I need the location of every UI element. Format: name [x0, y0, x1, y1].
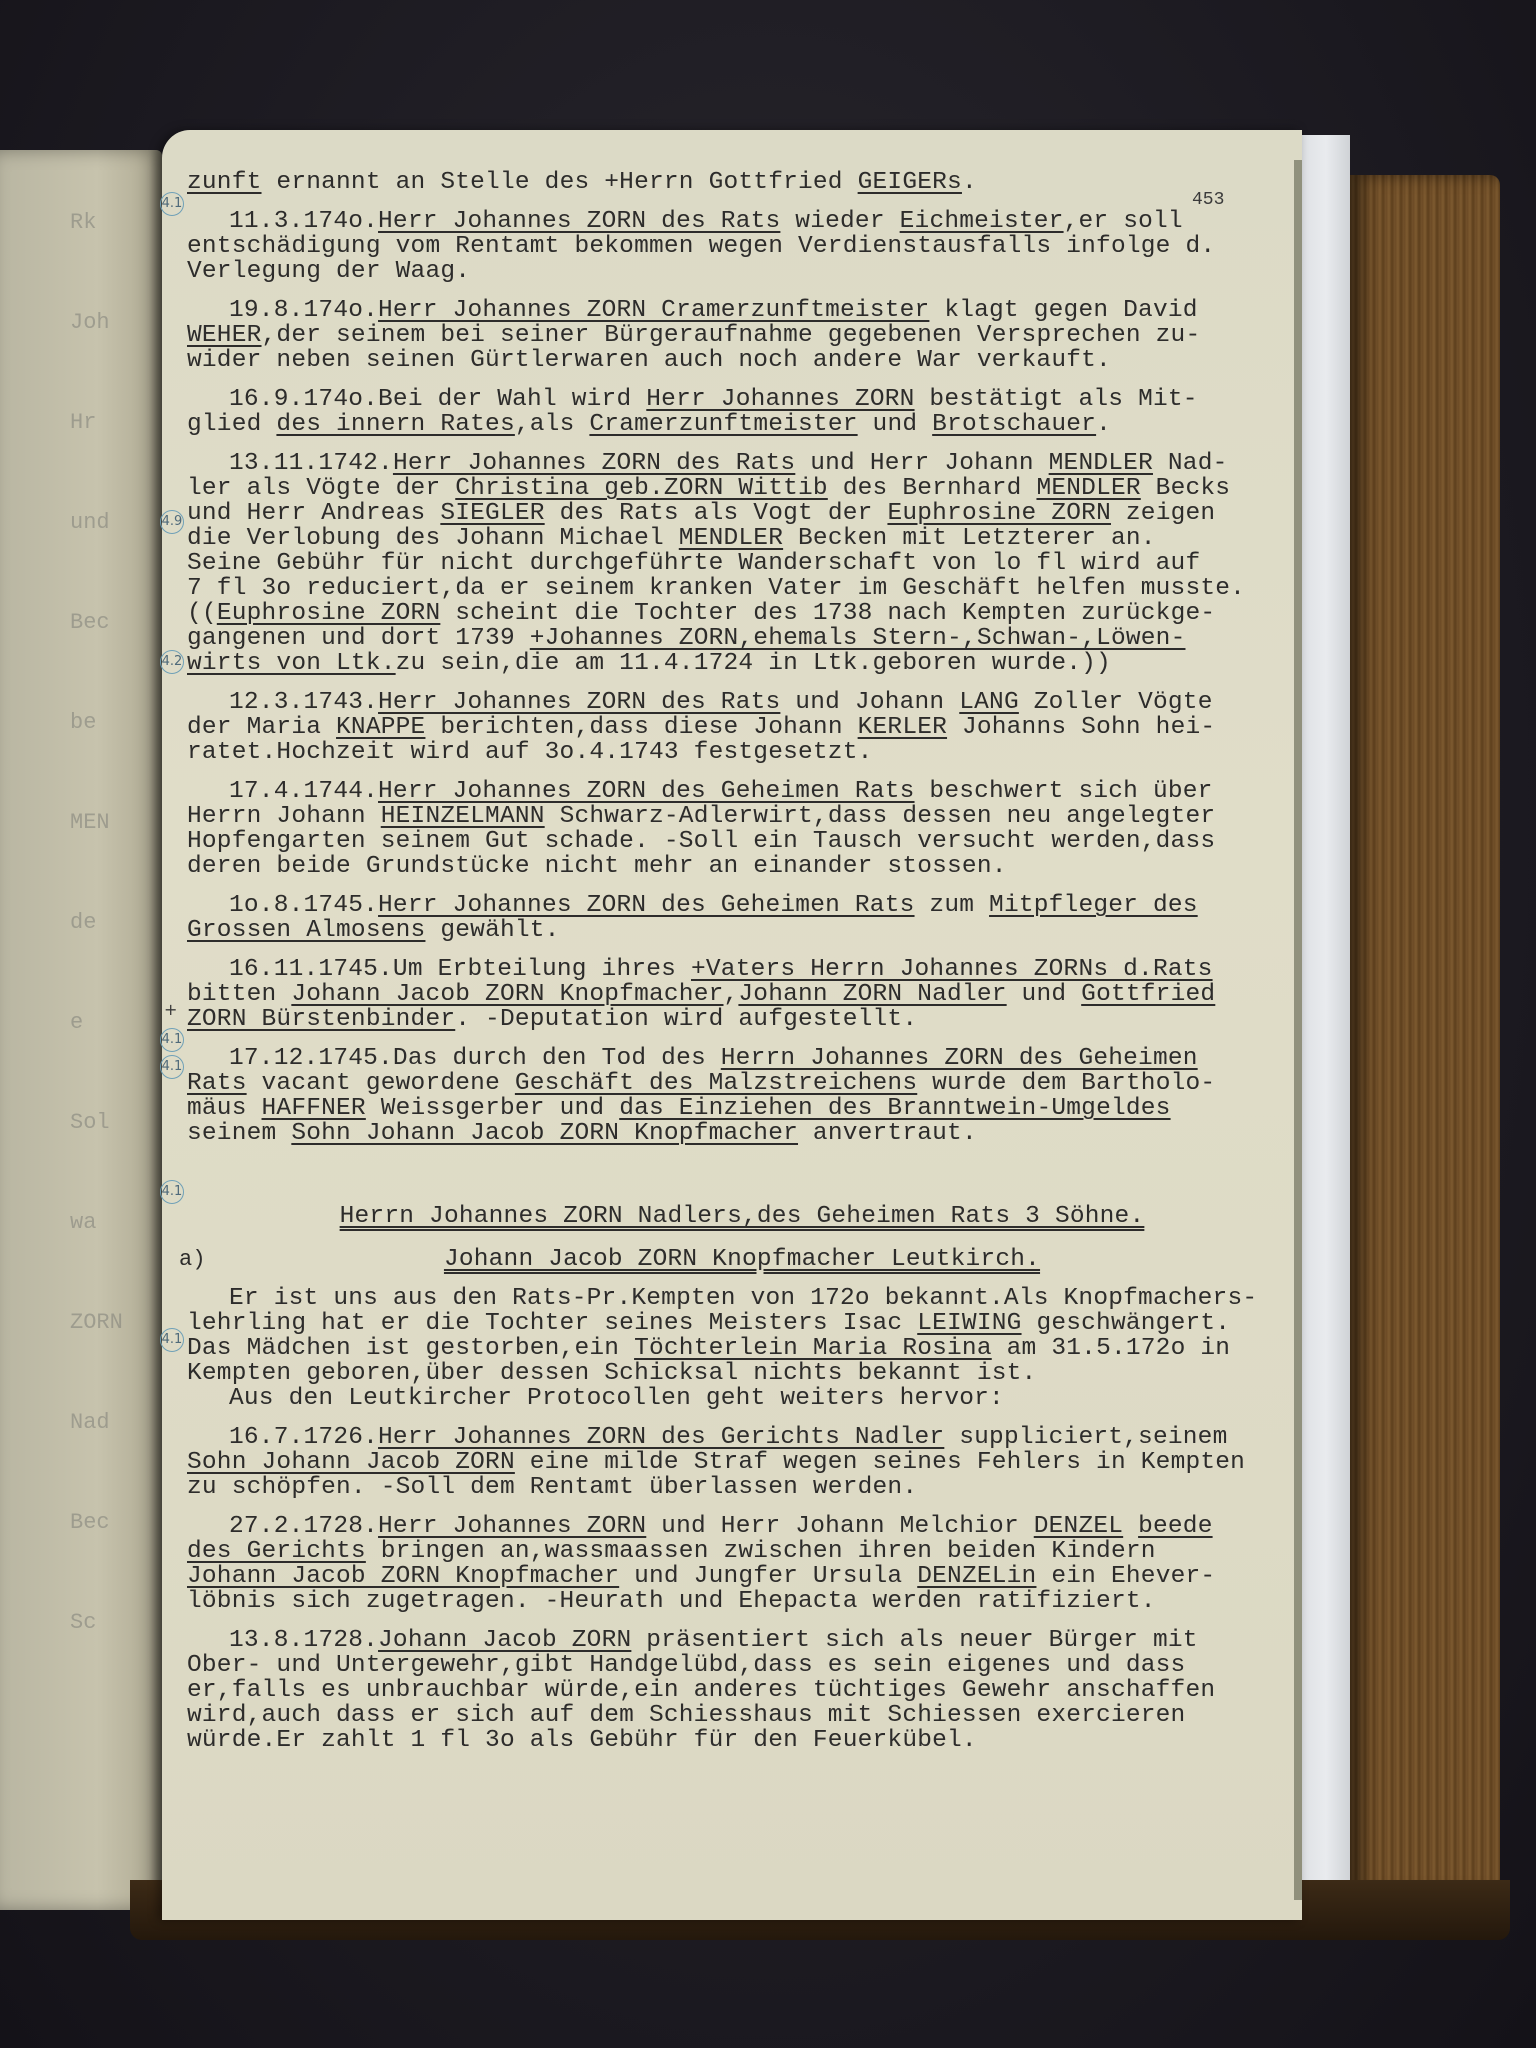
- text-run: präsentiert sich als neuer Bürger mit: [631, 1627, 1197, 1654]
- text-run: mäus: [187, 1095, 262, 1122]
- text-line: 16.9.174o.Bei der Wahl wird Herr Johanne…: [187, 387, 1297, 412]
- underlined-text: Sohn Johann Jacob ZORN Knopfmacher: [291, 1120, 798, 1147]
- left-page-fragment: be: [70, 710, 96, 736]
- text-run: Johanns Sohn hei-: [947, 714, 1215, 741]
- text-run: anvertraut.: [798, 1120, 977, 1147]
- protocol-entry: 16.11.1745.Um Erbteilung ihres +Vaters H…: [187, 957, 1297, 1032]
- text-line: Ober- und Untergewehr,gibt Handgelübd,da…: [187, 1653, 1297, 1678]
- text-run: und Herr Johann Melchior: [646, 1513, 1033, 1540]
- text-run: ,er soll: [1064, 208, 1183, 235]
- underlined-text: das Einziehen des Branntwein-Umgeldes: [619, 1095, 1170, 1122]
- left-page-fragment: und: [70, 510, 110, 536]
- text-run: Seine Gebühr für nicht durchgeführte Wan…: [187, 550, 1200, 577]
- document-body: zunft ernannt an Stelle des +Herrn Gottf…: [187, 170, 1297, 1767]
- text-run: Nad-: [1153, 450, 1228, 477]
- left-page-fragment: Nad: [70, 1410, 110, 1436]
- protocol-entry: 13.8.1728.Johann Jacob ZORN präsentiert …: [187, 1628, 1297, 1753]
- text-line: Herrn Johann HEINZELMANN Schwarz-Adlerwi…: [187, 804, 1297, 829]
- text-line: WEHER,der seinem bei seiner Bürgeraufnah…: [187, 323, 1297, 348]
- underlined-text: Herr Johannes ZORN des Rats: [378, 208, 780, 235]
- protocol-entry: zunft ernannt an Stelle des +Herrn Gottf…: [187, 170, 1297, 195]
- underlined-text: GEIGERs: [858, 169, 962, 196]
- text-run: am 31.5.172o in: [992, 1335, 1230, 1362]
- left-page-fragment: ZORN: [70, 1310, 123, 1336]
- text-run: [1123, 1513, 1138, 1540]
- underlined-text: des Gerichts: [187, 1538, 366, 1565]
- text-run: ,als: [515, 411, 590, 438]
- left-page-fragment: Bec: [70, 610, 110, 636]
- protocol-entry: 16.9.174o.Bei der Wahl wird Herr Johanne…: [187, 387, 1297, 437]
- underlined-text: Cramerzunftmeister: [589, 411, 857, 438]
- protocol-entry: 27.2.1728.Herr Johannes ZORN und Herr Jo…: [187, 1514, 1297, 1614]
- text-run: scheint die Tochter des 1738 nach Kempte…: [440, 600, 1215, 627]
- text-run: Das Mädchen ist gestorben,ein: [187, 1335, 634, 1362]
- text-run: 13.11.1742.: [229, 450, 393, 477]
- text-run: er,falls es unbrauchbar würde,ein andere…: [187, 1677, 1215, 1704]
- margin-mark: 4.1: [160, 1055, 184, 1079]
- text-run: und: [1007, 981, 1082, 1008]
- text-run: Weissgerber und: [366, 1095, 619, 1122]
- text-run: Becken mit Letzterer an.: [783, 525, 1156, 552]
- underlined-text: zunft: [187, 169, 262, 196]
- text-run: geschwängert.: [1022, 1310, 1231, 1337]
- left-page-fragment: Sc: [70, 1610, 96, 1636]
- text-run: Verlegung der Waag.: [187, 258, 470, 285]
- text-run: würde.Er zahlt 1 fl 3o als Gebühr für de…: [187, 1727, 977, 1754]
- text-line: 7 fl 3o reduciert,da er seinem kranken V…: [187, 576, 1297, 601]
- text-line: glied des innern Rates,als Cramerzunftme…: [187, 412, 1297, 437]
- text-run: 16.9.174o.Bei der Wahl wird: [229, 386, 646, 413]
- text-line: lehrling hat er die Tochter seines Meist…: [187, 1311, 1297, 1336]
- protocol-entry: 17.12.1745.Das durch den Tod des Herrn J…: [187, 1046, 1297, 1146]
- text-line: entschädigung vom Rentamt bekommen wegen…: [187, 234, 1297, 259]
- text-run: deren beide Grundstücke nicht mehr an ei…: [187, 853, 1007, 880]
- text-line: gangenen und dort 1739 +Johannes ZORN,eh…: [187, 626, 1297, 651]
- protocol-entry: 16.7.1726.Herr Johannes ZORN des Gericht…: [187, 1425, 1297, 1500]
- underlined-text: LEIWING: [917, 1310, 1021, 1337]
- left-page-fragment: wa: [70, 1210, 96, 1236]
- underlined-text: Brotschauer: [932, 411, 1096, 438]
- text-run: 12.3.1743.: [229, 689, 378, 716]
- underlined-text: Johann ZORN Nadler: [738, 981, 1006, 1008]
- protocol-entry: 11.3.174o.Herr Johannes ZORN des Rats wi…: [187, 209, 1297, 284]
- text-run: eine milde Straf wegen seines Fehlers in…: [515, 1449, 1245, 1476]
- text-run: ein Ehever-: [1036, 1563, 1215, 1590]
- text-line: 19.8.174o.Herr Johannes ZORN Cramerzunft…: [187, 298, 1297, 323]
- protocol-entry: 13.11.1742.Herr Johannes ZORN des Rats u…: [187, 451, 1297, 676]
- margin-mark: 4.1: [160, 192, 184, 216]
- text-run: glied: [187, 411, 276, 438]
- underlined-text: WEHER: [187, 322, 262, 349]
- text-line: mäus HAFFNER Weissgerber und das Einzieh…: [187, 1096, 1297, 1121]
- left-page-fragment: Bec: [70, 1510, 110, 1536]
- text-run: entschädigung vom Rentamt bekommen wegen…: [187, 233, 1215, 260]
- underlined-text: Euphrosine ZORN: [887, 500, 1111, 527]
- text-run: 17.12.1745.Das durch den Tod des: [229, 1045, 721, 1072]
- text-line: und Herr Andreas SIEGLER des Rats als Vo…: [187, 501, 1297, 526]
- underlined-text: des innern Rates: [276, 411, 514, 438]
- underlined-text: Herr Johannes ZORN des Gerichts Nadler: [378, 1424, 944, 1451]
- underlined-text: Herrn Johannes ZORN des Geheimen: [721, 1045, 1198, 1072]
- text-run: lehrling hat er die Tochter seines Meist…: [187, 1310, 917, 1337]
- text-line: 17.4.1744.Herr Johannes ZORN des Geheime…: [187, 779, 1297, 804]
- underlined-text: Herr Johannes ZORN: [378, 1513, 646, 1540]
- text-run: 13.8.1728.: [229, 1627, 378, 1654]
- underlined-text: MENDLER: [679, 525, 783, 552]
- text-run: vacant gewordene: [247, 1070, 515, 1097]
- entries-section-1: zunft ernannt an Stelle des +Herrn Gottf…: [187, 170, 1297, 1146]
- underlined-text: Euphrosine ZORN: [217, 600, 441, 627]
- text-line: zu schöpfen. -Soll dem Rentamt überlasse…: [187, 1475, 1297, 1500]
- protocol-entry: 12.3.1743.Herr Johannes ZORN des Rats un…: [187, 690, 1297, 765]
- text-line: 13.11.1742.Herr Johannes ZORN des Rats u…: [187, 451, 1297, 476]
- underlined-text: MENDLER: [1049, 450, 1153, 477]
- text-line: Johann Jacob ZORN Knopfmacher und Jungfe…: [187, 1564, 1297, 1589]
- text-line: zunft ernannt an Stelle des +Herrn Gottf…: [187, 170, 1297, 195]
- text-run: Kempten geboren,über dessen Schicksal ni…: [187, 1360, 1036, 1387]
- subsection-intro: Er ist uns aus den Rats-Pr.Kempten von 1…: [187, 1286, 1297, 1411]
- text-line: 16.11.1745.Um Erbteilung ihres +Vaters H…: [187, 957, 1297, 982]
- underlined-text: +Johannes ZORN,ehemals Stern-,Schwan-,Lö…: [530, 625, 1186, 652]
- text-line: wird,auch dass er sich auf dem Schiessha…: [187, 1703, 1297, 1728]
- text-run: wurde dem Bartholo-: [917, 1070, 1215, 1097]
- text-run: ratet.Hochzeit wird auf 3o.4.1743 festge…: [187, 739, 873, 766]
- text-line: Er ist uns aus den Rats-Pr.Kempten von 1…: [187, 1286, 1297, 1311]
- text-run: bringen an,wassmaassen zwischen ihren be…: [366, 1538, 1156, 1565]
- left-page-fragment: MEN: [70, 810, 110, 836]
- text-line: löbnis sich zugetragen. -Heurath und Ehe…: [187, 1589, 1297, 1614]
- left-page-fragment: Sol: [70, 1110, 110, 1136]
- text-line: 27.2.1728.Herr Johannes ZORN und Herr Jo…: [187, 1514, 1297, 1539]
- protocol-entry: 1o.8.1745.Herr Johannes ZORN des Geheime…: [187, 893, 1297, 943]
- text-run: berichten,dass diese Johann: [425, 714, 857, 741]
- text-line: wider neben seinen Gürtlerwaren auch noc…: [187, 348, 1297, 373]
- text-run: des Rats als Vogt der: [545, 500, 888, 527]
- margin-mark: 4.2: [160, 650, 184, 674]
- text-run: Hopfengarten seinem Gut schade. -Soll ei…: [187, 828, 1215, 855]
- text-run: Herrn Johann: [187, 803, 381, 830]
- text-run: .: [1096, 411, 1111, 438]
- text-run: Becks: [1141, 475, 1230, 502]
- text-run: 27.2.1728.: [229, 1513, 378, 1540]
- text-line: des Gerichts bringen an,wassmaassen zwis…: [187, 1539, 1297, 1564]
- text-line: Verlegung der Waag.: [187, 259, 1297, 284]
- text-run: 16.11.1745.Um Erbteilung ihres: [229, 956, 691, 983]
- underlined-text: Herr Johannes ZORN des Geheimen Rats: [378, 778, 915, 805]
- underlined-text: +Vaters Herrn Johannes ZORNs d.Rats: [691, 956, 1213, 983]
- text-run: und Herr Johann: [795, 450, 1048, 477]
- section-heading: Herrn Johannes ZORN Nadlers,des Geheimen…: [187, 1204, 1297, 1229]
- underlined-text: Gottfried: [1081, 981, 1215, 1008]
- margin-mark: 4.9: [160, 510, 184, 534]
- text-run: wider neben seinen Gürtlerwaren auch noc…: [187, 347, 1111, 374]
- text-line: 12.3.1743.Herr Johannes ZORN des Rats un…: [187, 690, 1297, 715]
- underlined-text: Töchterlein Maria Rosina: [634, 1335, 992, 1362]
- underlined-text: Johann Jacob ZORN: [378, 1627, 631, 1654]
- text-run: und: [858, 411, 933, 438]
- text-line: 16.7.1726.Herr Johannes ZORN des Gericht…: [187, 1425, 1297, 1450]
- underlined-text: Herr Johannes ZORN: [646, 386, 914, 413]
- text-run: der Maria: [187, 714, 336, 741]
- protocol-entry: 19.8.174o.Herr Johannes ZORN Cramerzunft…: [187, 298, 1297, 373]
- text-run: klagt gegen David: [929, 297, 1197, 324]
- underlined-text: Rats: [187, 1070, 247, 1097]
- text-run: zu schöpfen. -Soll dem Rentamt überlasse…: [187, 1474, 917, 1501]
- text-run: zu sein,die am 11.4.1724 in Ltk.geboren …: [396, 650, 1111, 677]
- text-run: suppliciert,seinem: [944, 1424, 1227, 1451]
- text-line: der Maria KNAPPE berichten,dass diese Jo…: [187, 715, 1297, 740]
- underlined-text: Herr Johannes ZORN Cramerzunftmeister: [378, 297, 929, 324]
- text-run: zeigen: [1111, 500, 1215, 527]
- entries-section-2: 16.7.1726.Herr Johannes ZORN des Gericht…: [187, 1425, 1297, 1753]
- margin-mark: 4.1: [160, 1028, 184, 1052]
- text-line: Hopfengarten seinem Gut schade. -Soll ei…: [187, 829, 1297, 854]
- text-line: Rats vacant gewordene Geschäft des Malzs…: [187, 1071, 1297, 1096]
- text-line: Aus den Leutkircher Protocollen geht wei…: [187, 1386, 1297, 1411]
- protocol-entry: 17.4.1744.Herr Johannes ZORN des Geheime…: [187, 779, 1297, 879]
- text-run: wird,auch dass er sich auf dem Schiessha…: [187, 1702, 1185, 1729]
- text-line: Sohn Johann Jacob ZORN eine milde Straf …: [187, 1450, 1297, 1475]
- text-run: 16.7.1726.: [229, 1424, 378, 1451]
- text-run: und Jungfer Ursula: [619, 1563, 917, 1590]
- text-run: und Herr Andreas: [187, 500, 440, 527]
- text-run: Schwarz-Adlerwirt,dass dessen neu angele…: [545, 803, 1216, 830]
- underlined-text: HAFFNER: [262, 1095, 366, 1122]
- text-run: Er ist uns aus den Rats-Pr.Kempten von 1…: [229, 1285, 1257, 1312]
- text-line: Kempten geboren,über dessen Schicksal ni…: [187, 1361, 1297, 1386]
- underlined-text: Johann Jacob ZORN Knopfmacher: [291, 981, 723, 1008]
- underlined-text: DENZEL: [1034, 1513, 1123, 1540]
- left-book-page: RkJohHrundBecbeMENdeeSolwaZORNNadBecSc: [0, 150, 162, 1910]
- text-line: wirts von Ltk.zu sein,die am 11.4.1724 i…: [187, 651, 1297, 676]
- underlined-text: Eichmeister: [900, 208, 1064, 235]
- text-run: des Bernhard: [828, 475, 1037, 502]
- text-line: die Verlobung des Johann Michael MENDLER…: [187, 526, 1297, 551]
- left-page-fragment: Rk: [70, 210, 96, 236]
- subsection-heading: Johann Jacob ZORN Knopfmacher Leutkirch.: [187, 1247, 1297, 1272]
- text-run: die Verlobung des Johann Michael: [187, 525, 679, 552]
- text-line: bitten Johann Jacob ZORN Knopfmacher,Joh…: [187, 982, 1297, 1007]
- underlined-text: Sohn Johann Jacob ZORN: [187, 1449, 515, 1476]
- underlined-text: DENZELin: [917, 1563, 1036, 1590]
- text-run: löbnis sich zugetragen. -Heurath und Ehe…: [187, 1588, 1156, 1615]
- underlined-text: Herr Johannes ZORN des Geheimen Rats: [378, 892, 915, 919]
- margin-cross-mark: +: [164, 1000, 177, 1019]
- underlined-text: Johann Jacob ZORN Knopfmacher: [187, 1563, 619, 1590]
- text-line: Seine Gebühr für nicht durchgeführte Wan…: [187, 551, 1297, 576]
- book-page-edges: [1350, 175, 1500, 1895]
- text-line: 11.3.174o.Herr Johannes ZORN des Rats wi…: [187, 209, 1297, 234]
- text-line: 17.12.1745.Das durch den Tod des Herrn J…: [187, 1046, 1297, 1071]
- left-page-fragment: Hr: [70, 410, 96, 436]
- underlined-text: wirts von Ltk.: [187, 650, 396, 677]
- text-run: 11.3.174o.: [229, 208, 378, 235]
- text-line: würde.Er zahlt 1 fl 3o als Gebühr für de…: [187, 1728, 1297, 1753]
- text-run: ,der seinem bei seiner Bürgeraufnahme ge…: [262, 322, 1201, 349]
- underlined-text: HEINZELMANN: [381, 803, 545, 830]
- text-run: 7 fl 3o reduciert,da er seinem kranken V…: [187, 575, 1245, 602]
- text-run: ((: [187, 600, 217, 627]
- text-line: er,falls es unbrauchbar würde,ein andere…: [187, 1678, 1297, 1703]
- underlined-text: LANG: [959, 689, 1019, 716]
- subsection-label: a): [179, 1247, 206, 1272]
- text-run: 1o.8.1745.: [229, 892, 378, 919]
- text-line: ratet.Hochzeit wird auf 3o.4.1743 festge…: [187, 740, 1297, 765]
- text-run: bitten: [187, 981, 291, 1008]
- text-run: ernannt an Stelle des +Herrn Gottfried: [262, 169, 858, 196]
- text-line: ZORN Bürstenbinder. -Deputation wird auf…: [187, 1007, 1297, 1032]
- text-run: ,: [724, 981, 739, 1008]
- text-run: beschwert sich über: [915, 778, 1213, 805]
- underlined-text: beede: [1138, 1513, 1213, 1540]
- text-run: und Johann: [780, 689, 959, 716]
- text-line: deren beide Grundstücke nicht mehr an ei…: [187, 854, 1297, 879]
- underlined-text: MENDLER: [1036, 475, 1140, 502]
- text-run: wieder: [780, 208, 899, 235]
- text-line: seinem Sohn Johann Jacob ZORN Knopfmache…: [187, 1121, 1297, 1146]
- text-run: gewählt.: [425, 917, 559, 944]
- typed-document-page: 453 zunft ernannt an Stelle des +Herrn G…: [162, 130, 1302, 1920]
- text-run: Ober- und Untergewehr,gibt Handgelübd,da…: [187, 1652, 1185, 1679]
- text-line: 1o.8.1745.Herr Johannes ZORN des Geheime…: [187, 893, 1297, 918]
- underlined-text: Grossen Almosens: [187, 917, 425, 944]
- text-run: .: [962, 169, 977, 196]
- left-page-fragment: de: [70, 910, 96, 936]
- margin-mark: 4.1: [160, 1180, 184, 1204]
- text-line: ler als Vögte der Christina geb.ZORN Wit…: [187, 476, 1297, 501]
- underlined-text: ZORN Bürstenbinder: [187, 1006, 455, 1033]
- left-page-fragment: Joh: [70, 310, 110, 336]
- text-run: Aus den Leutkircher Protocollen geht wei…: [229, 1385, 1004, 1412]
- underlined-text: KNAPPE: [336, 714, 425, 741]
- text-run: 19.8.174o.: [229, 297, 378, 324]
- text-run: Zoller Vögte: [1019, 689, 1213, 716]
- subsection: a) Johann Jacob ZORN Knopfmacher Leutkir…: [187, 1247, 1297, 1272]
- underlined-text: Herr Johannes ZORN des Rats: [378, 689, 780, 716]
- text-run: . -Deputation wird aufgestellt.: [455, 1006, 917, 1033]
- underlined-text: Christina geb.ZORN Wittib: [455, 475, 828, 502]
- underlined-text: Mitpfleger des: [989, 892, 1198, 919]
- text-run: gangenen und dort 1739: [187, 625, 530, 652]
- text-line: 13.8.1728.Johann Jacob ZORN präsentiert …: [187, 1628, 1297, 1653]
- text-line: ((Euphrosine ZORN scheint die Tochter de…: [187, 601, 1297, 626]
- text-run: ler als Vögte der: [187, 475, 455, 502]
- text-line: Das Mädchen ist gestorben,ein Töchterlei…: [187, 1336, 1297, 1361]
- text-run: seinem: [187, 1120, 291, 1147]
- text-line: Grossen Almosens gewählt.: [187, 918, 1297, 943]
- underlined-text: KERLER: [858, 714, 947, 741]
- underlined-text: Herr Johannes ZORN des Rats: [393, 450, 795, 477]
- underlined-text: SIEGLER: [440, 500, 544, 527]
- text-run: zum: [915, 892, 990, 919]
- underlined-text: Geschäft des Malzstreichens: [515, 1070, 917, 1097]
- margin-mark: 4.1: [160, 1328, 184, 1352]
- text-run: bestätigt als Mit-: [915, 386, 1198, 413]
- text-run: 17.4.1744.: [229, 778, 378, 805]
- left-page-fragment: e: [70, 1010, 83, 1036]
